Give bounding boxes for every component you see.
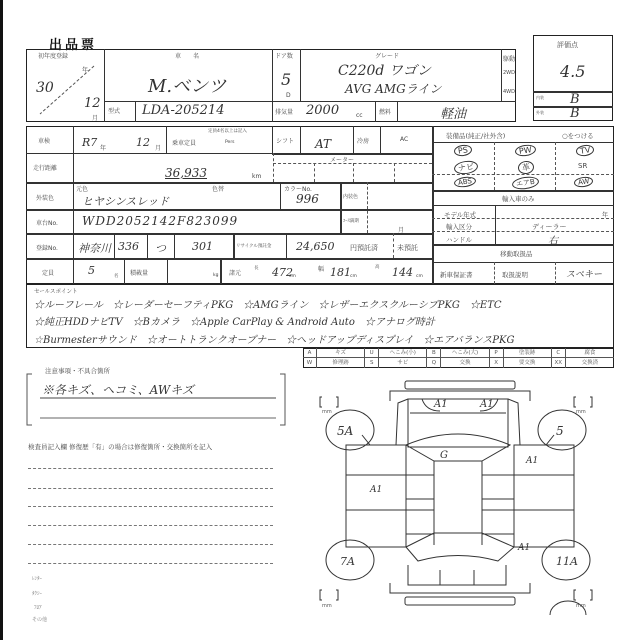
legend-code: A xyxy=(303,348,317,358)
divider xyxy=(367,182,368,233)
legend-description: キズ xyxy=(317,348,365,358)
divider xyxy=(432,218,614,219)
damage-mark-left-rear-door: A1 xyxy=(369,485,382,495)
inspector-line xyxy=(28,544,273,545)
registration-number: 301 xyxy=(192,240,213,253)
divider xyxy=(432,174,614,175)
divider xyxy=(353,126,354,154)
warranty-label: 新車保証書 xyxy=(440,270,473,279)
legend-code: C xyxy=(552,348,566,358)
divider xyxy=(380,126,381,154)
divider xyxy=(501,49,502,101)
width-label: 幅 xyxy=(318,264,324,273)
divider xyxy=(26,209,432,211)
divider xyxy=(300,126,301,154)
legend-code: P xyxy=(490,348,504,358)
svg-text:mm: mm xyxy=(322,409,332,415)
divider xyxy=(495,205,496,244)
legend-code: B xyxy=(427,348,441,358)
legend-code: W xyxy=(303,358,317,368)
divider xyxy=(26,233,432,235)
equipment-sr: SR xyxy=(578,162,587,170)
legend-code: U xyxy=(365,348,379,358)
color-value: ヒヤシンスレッド xyxy=(82,193,169,209)
legend-description: 交換 xyxy=(441,358,489,368)
divider xyxy=(286,233,287,258)
legend-code: S xyxy=(365,358,379,368)
capacity-unit: Pers xyxy=(225,140,235,145)
doors-value: 5 xyxy=(281,70,291,89)
equipment-header: 装備品(純正/社外含) xyxy=(446,131,505,140)
divider xyxy=(280,182,281,209)
divider xyxy=(555,262,556,284)
car-damage-diagram: A1 A1 5A 5 G A1 A1 7A 11A A1 mm mm mm mm xyxy=(310,375,610,615)
notes-value: ※各キズ、ヘコミ、AWキズ xyxy=(42,381,194,398)
divider xyxy=(375,101,376,122)
load-unit: kg xyxy=(213,273,218,278)
length-label: 長 xyxy=(254,265,259,271)
divider xyxy=(555,142,556,190)
drive-option-2wd: 2WD xyxy=(503,70,515,76)
legend-description: へこみ(大) xyxy=(441,348,489,358)
mileage-label: 走行距離 xyxy=(33,163,57,172)
displacement-label: 排気量 xyxy=(275,107,293,116)
grade-line2: AVG AMGライン xyxy=(345,80,441,97)
cooler-value: AC xyxy=(400,136,408,143)
divider xyxy=(432,205,614,206)
divider xyxy=(166,153,272,154)
notes-bracket xyxy=(26,370,286,428)
divider xyxy=(432,262,614,263)
recycle-status: 円預託済 xyxy=(350,243,378,253)
shift-value: AT xyxy=(315,137,331,151)
damage-mark-rear-right-quarter: A1 xyxy=(517,543,530,553)
damage-mark-windshield: G xyxy=(440,450,448,461)
recycle-status-unpaid: 未預託 xyxy=(397,243,418,253)
divider xyxy=(167,258,168,284)
inspector-notes-label: 検査員記入欄 修復歴「有」の場合は修復箇所・交換箇所を記入 xyxy=(28,442,212,451)
import-header: 輸入車のみ xyxy=(502,194,535,203)
legend-description: へこみ(小) xyxy=(379,348,427,358)
fuel-value: 軽油 xyxy=(440,103,466,122)
model-type-value: LDA-205214 xyxy=(142,103,224,118)
interior-color-label: 内装色 xyxy=(343,193,358,200)
equipment-header-note: ○をつける xyxy=(562,131,594,140)
damage-mark-front-right-tire: 5 xyxy=(556,424,564,438)
divider xyxy=(394,163,395,182)
capacity-sublabel: 定員4名以上は記入 xyxy=(208,128,247,134)
divider xyxy=(273,153,274,182)
damage-mark-front-left-tire: 5A xyxy=(337,424,354,438)
divider xyxy=(147,233,148,258)
displacement-unit: cc xyxy=(356,112,363,119)
width-unit: cm xyxy=(350,274,357,279)
divider xyxy=(124,258,125,284)
seats-value: 5 xyxy=(88,264,95,277)
inspector-line xyxy=(28,525,273,526)
load-label: 積載量 xyxy=(130,268,148,277)
divider xyxy=(73,126,74,284)
divider xyxy=(174,233,175,258)
mileage-unit: km xyxy=(252,173,261,180)
divider xyxy=(272,49,273,122)
damage-mark-front-right: A1 xyxy=(479,399,494,410)
capacity-label: 乗車定員 xyxy=(172,138,196,147)
registration-region: 神奈川 xyxy=(78,240,111,256)
score-label: 評価点 xyxy=(557,40,578,50)
divider xyxy=(135,101,136,122)
inspection-month-unit: 月 xyxy=(155,143,161,152)
inspection-year: R7 xyxy=(82,136,97,149)
footer-label-floor: ﾌﾛｱ xyxy=(34,604,42,611)
divider xyxy=(272,126,273,154)
grade-line1: C220d ワゴン xyxy=(338,60,431,80)
height-label: 高 xyxy=(375,264,380,270)
divider xyxy=(104,101,516,102)
seats-label: 定員 xyxy=(42,268,54,277)
divider xyxy=(494,142,495,190)
inspection-label: 車検 xyxy=(38,136,50,145)
damage-mark-rear-right-tire: 11A xyxy=(556,555,578,568)
drive-option-4wd: 4WD xyxy=(503,89,515,95)
divider xyxy=(26,258,432,260)
fuel-label: 燃料 xyxy=(379,107,391,116)
spare-key-value: スペキー xyxy=(566,267,602,280)
height-value: 144 xyxy=(392,266,413,279)
legend-code: Q xyxy=(427,358,441,368)
footer-label-taxi: ﾀｸｼｰ xyxy=(32,590,42,597)
legend-code: XX xyxy=(552,358,566,368)
svg-text:mm: mm xyxy=(576,409,586,415)
divider xyxy=(166,126,167,154)
divider xyxy=(114,233,115,258)
footer-label-other: その他 xyxy=(32,616,47,623)
interior-score-label: 内装 xyxy=(536,95,544,101)
legend-description: 腐食 xyxy=(566,348,614,358)
sales-point-line-1: ☆ルーフレール ☆レーダーセーフティPKG ☆AMGライン ☆レザーエクスクルー… xyxy=(34,296,502,311)
legend-description: サビ xyxy=(379,358,427,368)
sales-point-line-3: ☆Burmesterサウンド ☆オートトランクオープナー ☆ヘッドアップディスプ… xyxy=(34,331,514,346)
divider xyxy=(220,258,222,284)
inspection-month: 12 xyxy=(136,136,150,149)
divider xyxy=(397,101,398,122)
length-unit: cm xyxy=(289,274,296,279)
divider xyxy=(432,142,614,143)
manual-label: 取扱説明 xyxy=(502,270,528,279)
divider xyxy=(393,233,394,258)
legend-description: 塗装跡 xyxy=(504,348,552,358)
chassis-value: WDD2052142F823099 xyxy=(82,214,238,228)
handle-label: ハンドル xyxy=(446,235,472,244)
recycle-fee-value: 24,650 xyxy=(296,240,335,253)
divider xyxy=(353,163,354,182)
car-name-value: M.ベンツ xyxy=(148,72,226,98)
doors-label: ドア数 xyxy=(275,51,293,60)
shift-label: シフト xyxy=(276,136,294,145)
interior-score-value: B xyxy=(570,92,580,107)
divider xyxy=(26,153,166,154)
divider xyxy=(432,231,614,232)
recycle-fee-label: リサイクル預託金 xyxy=(236,243,271,249)
original-color-label: 元色 xyxy=(76,184,88,193)
scan-border xyxy=(0,0,3,640)
damage-mark-front-left: A1 xyxy=(433,399,448,410)
inspector-line xyxy=(28,506,273,507)
exterior-score-value: B xyxy=(570,106,580,121)
divider xyxy=(432,190,614,192)
damage-mark-rear-left-tire: 7A xyxy=(340,555,355,568)
drive-label: 駆動 xyxy=(503,54,515,63)
width-value: 181 xyxy=(330,266,351,279)
divider xyxy=(300,49,301,101)
displacement-value: 2000 xyxy=(306,103,339,118)
first-registration-slash xyxy=(36,60,98,118)
color-code-value: 996 xyxy=(296,192,319,206)
exterior-score-label: 外装 xyxy=(536,110,544,116)
divider xyxy=(104,49,105,122)
divider xyxy=(314,163,315,182)
divider xyxy=(494,262,495,284)
import-type-label: 輸入区分 xyxy=(446,222,472,231)
model-type-label: 型式 xyxy=(108,106,120,115)
legend-description: 交換済 xyxy=(566,358,614,368)
mileage-value: 36,933 xyxy=(165,166,207,180)
registration-kana: つ xyxy=(155,240,166,256)
color-label: 外装色 xyxy=(36,193,54,202)
cooler-label: 冷房 xyxy=(357,136,369,145)
legend-description: 修理跡 xyxy=(317,358,365,368)
dimensions-label: 諸元 xyxy=(229,268,241,277)
inspector-line xyxy=(28,563,273,564)
registration-class: 336 xyxy=(118,240,139,253)
car-name-label: 車 名 xyxy=(175,51,199,60)
recycle-month-unit: 月 xyxy=(398,225,404,234)
legend-code: X xyxy=(490,358,504,368)
height-unit: cm xyxy=(416,274,423,279)
divider xyxy=(340,182,342,233)
doors-unit: D xyxy=(286,92,291,99)
divider xyxy=(432,244,614,246)
chassis-label: 車台No. xyxy=(36,218,58,227)
inspection-year-unit: 年 xyxy=(100,143,106,152)
damage-mark-right-front-door: A1 xyxy=(525,456,538,466)
svg-text:mm: mm xyxy=(322,603,332,609)
accessories-header: 移動取扱品 xyxy=(500,249,533,258)
registration-label: 登録No. xyxy=(36,243,58,252)
footer-label-rental: ﾚﾝﾀｰ xyxy=(32,575,42,582)
svg-text:mm: mm xyxy=(576,603,586,609)
recycle-expiry-label: ｺｰｽ満期 xyxy=(343,218,359,224)
seats-unit: 名 xyxy=(114,273,119,279)
color-change-label: 色替 xyxy=(212,184,224,193)
inspector-line xyxy=(28,488,273,489)
first-registration-label: 初年度登録 xyxy=(38,51,68,60)
divider xyxy=(233,233,235,258)
score-value: 4.5 xyxy=(560,62,585,81)
sales-point-line-2: ☆純正HDDナビTV ☆Bカメラ ☆Apple CarPlay & Androi… xyxy=(34,313,435,328)
inspector-line xyxy=(28,468,273,469)
legend-description: 要交換 xyxy=(504,358,552,368)
sales-points-label: セールスポイント xyxy=(34,287,78,295)
grade-label: グレード xyxy=(375,51,399,60)
